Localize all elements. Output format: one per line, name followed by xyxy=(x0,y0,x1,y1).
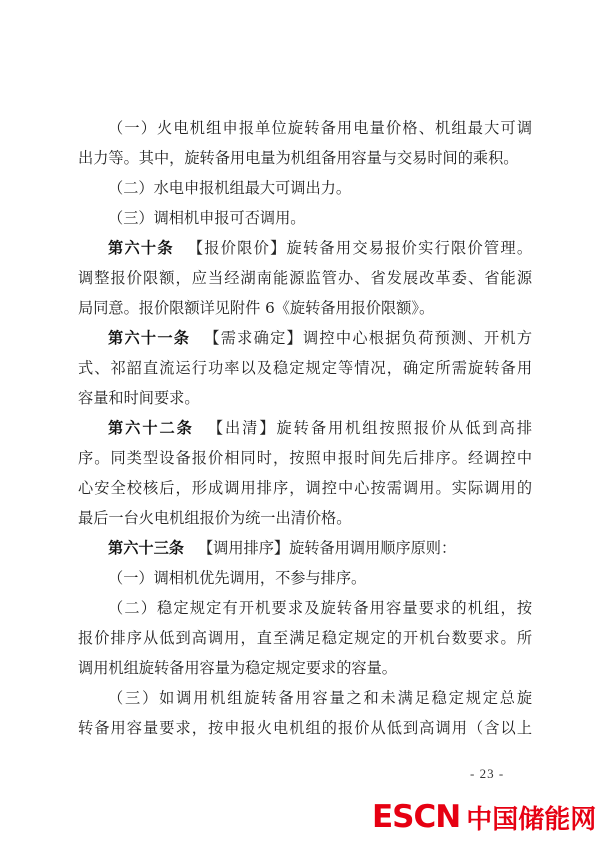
line-text: 局同意。报价限额详见附件 6《旋转备用报价限额》。 xyxy=(78,299,434,317)
line-text: （三）如调用机组旋转备用容量之和未满足稳定规定总旋 xyxy=(108,689,532,707)
text-line: 序。同类型设备报价相同时，按照申报时间先后排序。经调控中 xyxy=(78,443,532,473)
line-text: 序。同类型设备报价相同时，按照申报时间先后排序。经调控中 xyxy=(78,449,532,467)
line-text: 报价排序从低到高调用，直至满足稳定规定的开机台数要求。所 xyxy=(78,629,532,647)
article-line: 第六十条【报价限价】旋转备用交易报价实行限价管理。 xyxy=(78,233,532,263)
line-text: 调用机组旋转备用容量为稳定规定要求的容量。 xyxy=(78,659,397,677)
line-text: 容量和时间要求。 xyxy=(78,389,200,407)
body-text: （一）火电机组申报单位旋转备用电量价格、机组最大可调出力等。其中，旋转备用电量为… xyxy=(78,113,532,743)
line-text: 【报价限价】旋转备用交易报价实行限价管理。 xyxy=(188,239,532,257)
text-line: 转备用容量要求，按申报火电机组的报价从低到高调用（含以上 xyxy=(78,713,532,743)
text-line: 调用机组旋转备用容量为稳定规定要求的容量。 xyxy=(78,653,532,683)
watermark-latin: ESCN xyxy=(372,799,460,835)
line-text: 转备用容量要求，按申报火电机组的报价从低到高调用（含以上 xyxy=(78,719,532,737)
text-line: 容量和时间要求。 xyxy=(78,383,532,413)
document-page: （一）火电机组申报单位旋转备用电量价格、机组最大可调出力等。其中，旋转备用电量为… xyxy=(0,0,600,848)
text-line: （三）如调用机组旋转备用容量之和未满足稳定规定总旋 xyxy=(78,683,532,713)
text-line: 式、祁韶直流运行功率以及稳定规定等情况，确定所需旋转备用 xyxy=(78,353,532,383)
page-number: - 23 - xyxy=(470,766,504,782)
text-line: 报价排序从低到高调用，直至满足稳定规定的开机台数要求。所 xyxy=(78,623,532,653)
line-text: （二）稳定规定有开机要求及旋转备用容量要求的机组，按 xyxy=(108,599,532,617)
line-text: 调整报价限额，应当经湖南能源监管办、省发展改革委、省能源 xyxy=(78,269,532,287)
watermark-cjk: 中国储能网 xyxy=(466,799,596,836)
text-line: （二）水电申报机组最大可调出力。 xyxy=(78,173,532,203)
article-number: 第六十条 xyxy=(108,239,174,257)
line-text: （三）调相机申报可否调用。 xyxy=(108,209,305,227)
line-text: （一）调相机优先调用，不参与排序。 xyxy=(108,569,366,587)
line-text: 式、祁韶直流运行功率以及稳定规定等情况，确定所需旋转备用 xyxy=(78,359,532,377)
article-line: 第六十三条【调用排序】旋转备用调用顺序原则： xyxy=(78,533,532,563)
text-line: （一）火电机组申报单位旋转备用电量价格、机组最大可调 xyxy=(78,113,532,143)
line-text: 心安全校核后，形成调用排序，调控中心按需调用。实际调用的 xyxy=(78,479,532,497)
escn-watermark-logo: ESCN 中国储能网 xyxy=(372,800,596,834)
line-text: 【调用排序】旋转备用调用顺序原则： xyxy=(198,539,456,557)
line-text: 出力等。其中，旋转备用电量为机组备用容量与交易时间的乘积。 xyxy=(78,149,518,167)
text-line: 心安全校核后，形成调用排序，调控中心按需调用。实际调用的 xyxy=(78,473,532,503)
text-line: 最后一台火电机组报价为统一出清价格。 xyxy=(78,503,532,533)
text-line: （三）调相机申报可否调用。 xyxy=(78,203,532,233)
line-text: 【需求确定】调控中心根据负荷预测、开机方 xyxy=(204,329,532,347)
line-text: （一）火电机组申报单位旋转备用电量价格、机组最大可调 xyxy=(108,119,532,137)
article-line: 第六十一条【需求确定】调控中心根据负荷预测、开机方 xyxy=(78,323,532,353)
line-text: 【出清】旋转备用机组按照报价从低到高排 xyxy=(208,419,532,437)
article-line: 第六十二条【出清】旋转备用机组按照报价从低到高排 xyxy=(78,413,532,443)
text-line: 调整报价限额，应当经湖南能源监管办、省发展改革委、省能源 xyxy=(78,263,532,293)
text-line: （二）稳定规定有开机要求及旋转备用容量要求的机组，按 xyxy=(78,593,532,623)
article-number: 第六十一条 xyxy=(108,329,190,347)
line-text: （二）水电申报机组最大可调出力。 xyxy=(108,179,351,197)
text-line: 局同意。报价限额详见附件 6《旋转备用报价限额》。 xyxy=(78,293,532,323)
article-number: 第六十三条 xyxy=(108,539,184,557)
text-line: （一）调相机优先调用，不参与排序。 xyxy=(78,563,532,593)
line-text: 最后一台火电机组报价为统一出清价格。 xyxy=(78,509,351,527)
text-line: 出力等。其中，旋转备用电量为机组备用容量与交易时间的乘积。 xyxy=(78,143,532,173)
article-number: 第六十二条 xyxy=(108,419,194,437)
